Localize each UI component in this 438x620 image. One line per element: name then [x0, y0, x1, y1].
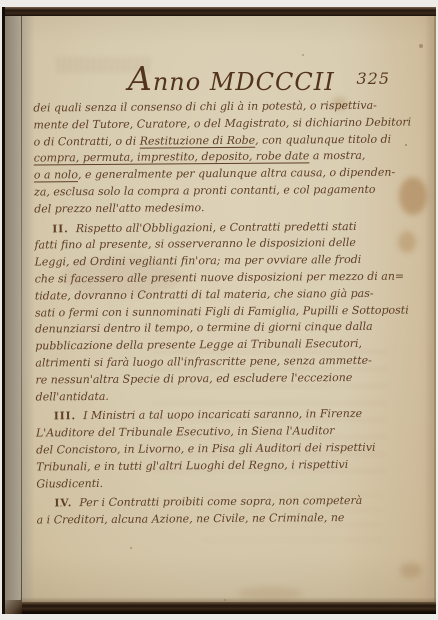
text-segment: dell'antidata.	[36, 389, 109, 403]
text-segment: del Concistoro, in Livorno, e in Pisa gl…	[36, 441, 376, 457]
page-number: 325	[356, 69, 390, 88]
manuscript-line: a i Creditori, alcuna Azione, ne Civile,…	[37, 510, 415, 530]
text-segment: o di Contratti, o di	[34, 134, 140, 148]
text-segment: Leggi, ed Ordini veglianti fin'ora; ma p…	[35, 253, 362, 269]
manuscript-line: altrimenti si farà luogo all'infrascritt…	[35, 352, 413, 372]
text-segment: Per i Contratti proibiti come sopra, non…	[79, 494, 362, 509]
text-segment: a i Creditori, alcuna Azione, ne Civile,…	[37, 511, 345, 526]
manuscript-body: dei quali senza il consenso di chi gli à…	[33, 98, 414, 533]
page-right-edge	[425, 16, 436, 602]
paragraph-number: IV.	[54, 498, 72, 510]
text-segment: mente del Tutore, Curatore, o del Magist…	[33, 115, 411, 131]
manuscript-line: Giusdicenti.	[36, 473, 414, 493]
text-segment: sati o fermi con i sunnominati Figli di …	[35, 303, 409, 319]
text-segment: , e generalmente per qualunque altra cau…	[78, 166, 395, 181]
text-segment: za, esclusa solo la compra a pronti cont…	[34, 183, 376, 199]
manuscript-paragraph: II.Rispetto all'Obbligazioni, e Contratt…	[34, 218, 413, 406]
manuscript-line: za, esclusa solo la compra a pronti cont…	[34, 182, 412, 202]
book-top-edge	[2, 7, 436, 16]
text-segment: a mostra,	[309, 149, 365, 162]
text-segment: , con qualunque titolo di	[255, 132, 391, 146]
text-segment: denunziarsi dentro il tempo, o termine d…	[35, 320, 373, 336]
book-gutter	[5, 16, 35, 614]
page-fold-crease	[21, 16, 22, 600]
text-segment: I Ministri a tal uopo incaricati saranno…	[83, 407, 362, 422]
text-segment: dei quali senza il consenso di chi gli à…	[33, 99, 377, 115]
text-segment: Restituzione di Robe	[140, 133, 256, 147]
text-segment: Rispetto all'Obbligazioni, e Contratti p…	[76, 220, 357, 235]
paragraph-number: II.	[52, 223, 69, 235]
text-segment: Tribunali, e in tutti gl'altri Luoghi de…	[36, 458, 348, 473]
manuscript-line: IV.Per i Contratti proibiti come sopra, …	[36, 493, 414, 513]
manuscript-paragraph: IV.Per i Contratti proibiti come sopra, …	[36, 493, 414, 530]
text-segment: re nessun'altra Specie di prova, ed escl…	[35, 371, 352, 386]
manuscript-line: III.I Ministri a tal uopo incaricati sar…	[36, 406, 414, 426]
text-segment: Giusdicenti.	[36, 476, 103, 490]
text-segment: o a nolo	[34, 168, 78, 181]
text-segment: che si facessero alle presenti nuove dis…	[35, 270, 405, 286]
text-segment: compra, permuta, imprestito, deposito, r…	[34, 150, 310, 165]
text-segment: pubblicazione della presente Legge ai Tr…	[35, 337, 362, 353]
text-segment: altrimenti si farà luogo all'infrascritt…	[35, 354, 372, 370]
book-bottom-edge	[18, 602, 436, 614]
paper-stain	[400, 563, 422, 578]
manuscript-line: del Concistoro, in Livorno, e in Pisa gl…	[36, 439, 414, 459]
book-bottom-corner	[2, 600, 22, 614]
text-segment: del prezzo nell'atto medesimo.	[34, 201, 204, 215]
text-segment: fatti fino al presente, si osserveranno …	[34, 236, 356, 252]
manuscript-paragraph: III.I Ministri a tal uopo incaricati sar…	[36, 406, 415, 493]
manuscript-line: del prezzo nell'atto medesimo.	[34, 198, 412, 218]
text-segment: L'Auditore del Tribunale Esecutivo, in S…	[36, 424, 335, 439]
paragraph-number: III.	[54, 411, 76, 423]
year-title: Anno MDCCCII	[128, 59, 335, 98]
manuscript-line: dell'antidata.	[36, 386, 414, 406]
text-segment: tidate, dovranno i Contratti di tal mate…	[35, 287, 374, 303]
page-header: Anno MDCCCII 325	[2, 59, 436, 95]
book-page-photo: Anno MDCCCII 325 dei quali senza il cons…	[2, 7, 436, 614]
photo-left-border	[2, 7, 5, 614]
manuscript-paragraph: dei quali senza il consenso di chi gli à…	[33, 98, 412, 219]
